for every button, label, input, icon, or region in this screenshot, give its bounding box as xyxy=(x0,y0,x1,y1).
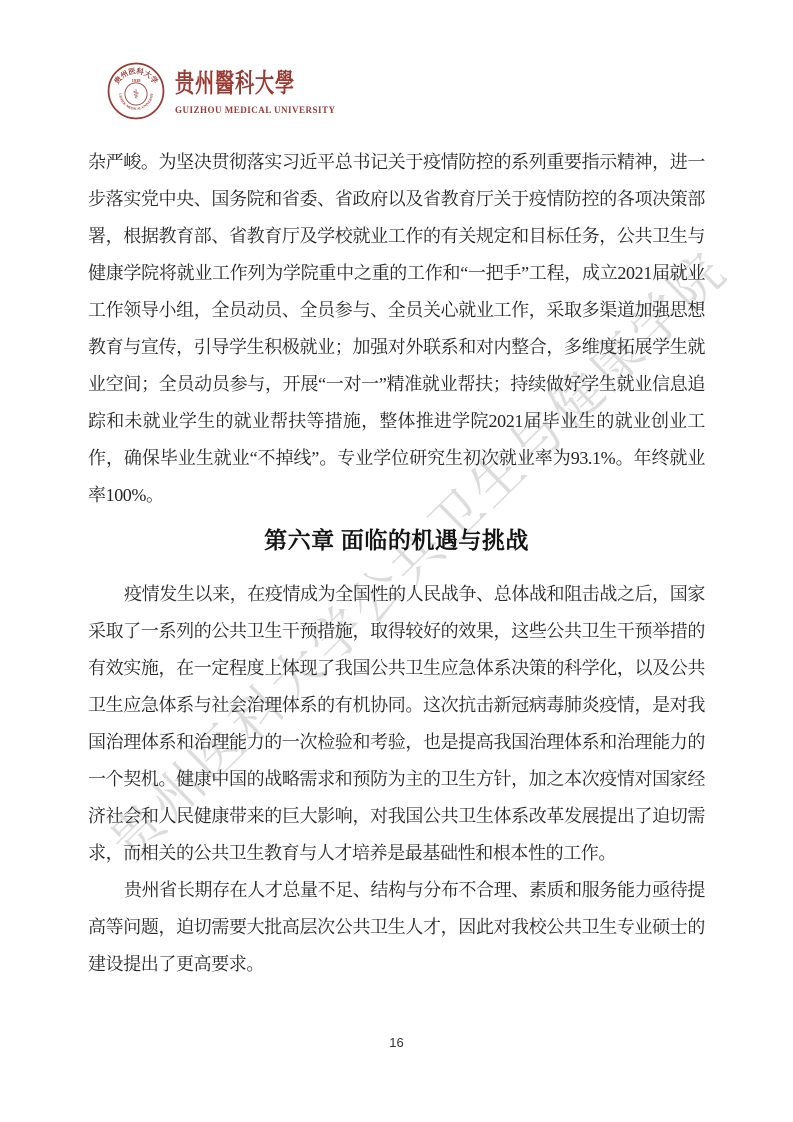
paragraph-epidemic-opportunities: 疫情发生以来，在疫情成为全国性的人民战争、总体战和阻击战之后，国家采取了一系列的… xyxy=(88,576,705,872)
page-footer: 16 xyxy=(0,1034,793,1052)
university-seal-icon: 贵州医科大学 1938 ⚕ GUIZHOU MEDICAL UNIVERSITY xyxy=(107,62,165,120)
page-number: 16 xyxy=(389,1035,403,1050)
paragraph-employment-work: 杂严峻。为坚决贯彻落实习近平总书记关于疫情防控的系列重要指示精神，进一步落实党中… xyxy=(88,144,705,514)
university-logo: 贵州医科大学 1938 ⚕ GUIZHOU MEDICAL UNIVERSITY… xyxy=(107,62,337,120)
university-name-english: GUIZHOU MEDICAL UNIVERSITY xyxy=(175,105,337,115)
chapter-heading: 第六章 面临的机遇与挑战 xyxy=(88,522,705,560)
document-page: 贵州医科大学公共卫生与健康学院 贵州医科大学 1938 ⚕ GUIZHOU ME… xyxy=(0,0,793,1122)
document-body: 杂严峻。为坚决贯彻落实习近平总书记关于疫情防控的系列重要指示精神，进一步落实党中… xyxy=(88,144,705,983)
paragraph-guizhou-talent-needs: 贵州省长期存在人才总量不足、结构与分布不合理、素质和服务能力亟待提高等问题，迫切… xyxy=(88,872,705,983)
seal-year: 1938 xyxy=(132,78,142,83)
seal-caduceus-icon: ⚕ xyxy=(133,88,140,102)
university-name-chinese: 贵州醫科大學 xyxy=(175,65,295,103)
university-wordmark: 贵州醫科大學 GUIZHOU MEDICAL UNIVERSITY xyxy=(175,65,337,115)
